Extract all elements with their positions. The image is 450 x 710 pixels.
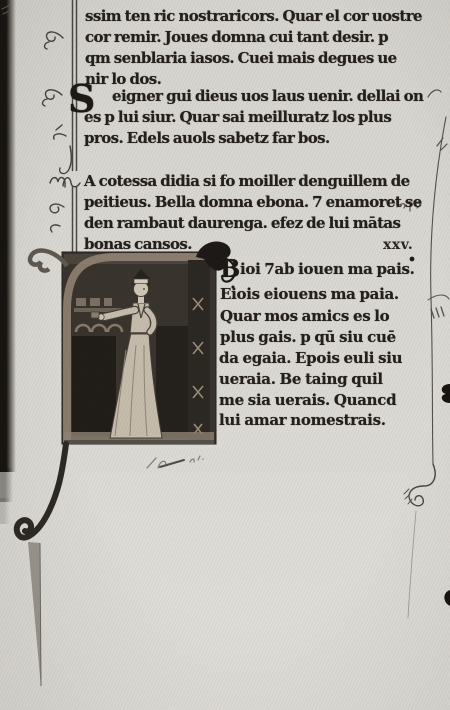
text-line: nir lo dos.: [85, 70, 161, 88]
canso-first-line-text: ioi 7ab iouen ma pais.: [240, 260, 415, 278]
text-line: qm senblaria iasos. Cuei mais degues ue: [85, 49, 397, 67]
text-line: pros. Edels auols sabetz far bos.: [84, 129, 330, 147]
text-line: cor remir. Joues domna cui tant desir. p: [85, 28, 388, 46]
text-line: eigner gui dieus uos laus uenir. dellai …: [112, 87, 423, 105]
binding-shadow: [0, 0, 16, 524]
vida-line: A cotessa didia si fo moiller denguillem…: [84, 172, 410, 190]
canso-line: da egaia. Epois euli siu: [219, 349, 402, 367]
initial-tail-flourish: [17, 444, 66, 688]
canso-line: Quar mos amics es lo: [220, 307, 389, 325]
vida-line: den rambaut daurenga. efez de lui mātas: [84, 214, 400, 232]
canso-line: ueraia. Be taing quil: [219, 370, 383, 388]
text-line: es p lui siur. Quar sai meilluratz los p…: [84, 108, 391, 126]
vida-line: bonas cansos.: [84, 235, 192, 253]
canso-line: plus gais. p qū siu cuē: [220, 328, 396, 346]
vida-line: peitieus. Bella domna ebona. 7 enamoret …: [84, 193, 422, 211]
chapter-number: xxv.: [383, 237, 413, 253]
corner-curl-ornament: [30, 251, 67, 271]
text-line: ssim ten ric nostraricors. Quar el cor u…: [85, 7, 422, 25]
miniature-standing-lady: [30, 242, 235, 444]
canso-line: lui amar nomestrais.: [219, 411, 386, 429]
canso-line: Eiois eiouens ma paia.: [220, 285, 399, 303]
canso-first-line: Bioi 7ab iouen ma pais.: [220, 260, 415, 278]
decorated-initial-b: B: [220, 254, 240, 283]
ruled-lines: [73, 0, 77, 253]
right-margin-flourishes: [397, 90, 450, 618]
manuscript-page: ssim ten ric nostraricors. Quar el cor u…: [0, 0, 450, 710]
pencil-scribble: [147, 456, 204, 468]
canso-line: me sia uerais. Quancd: [219, 391, 396, 409]
